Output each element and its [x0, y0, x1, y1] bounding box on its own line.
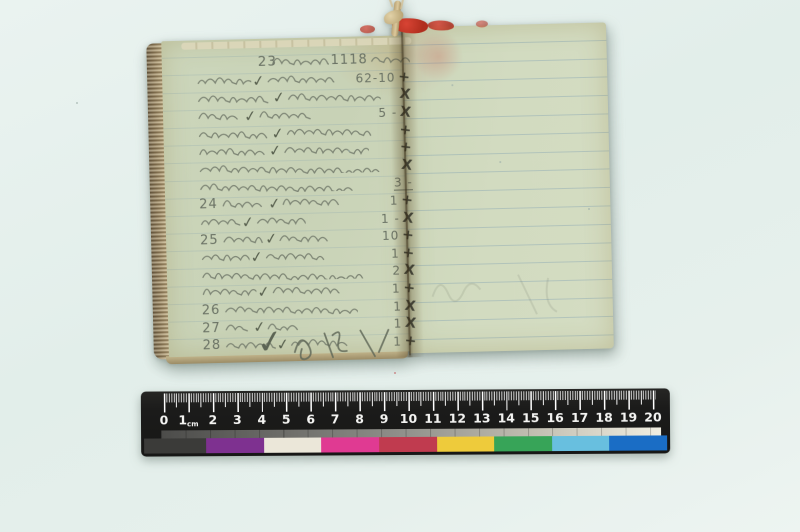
color-patch-7: [552, 436, 610, 451]
ledger-rows: ✓ 62-10 + ✓ X ✓ 5 - X ✓ +: [196, 68, 417, 355]
color-calibration-patches: [144, 435, 667, 453]
ruler-number-5: 5: [282, 412, 291, 427]
ruler-number-2: 2: [208, 412, 217, 427]
ruler-number-1: 1cm: [178, 412, 198, 428]
check-mark: ✓: [243, 106, 258, 125]
scale-ruler: 01cm234567891011121314151617181920: [141, 388, 670, 456]
ruler-number-13: 13: [473, 410, 490, 425]
day-number: 24: [199, 197, 218, 212]
ruler-number-12: 12: [449, 411, 466, 426]
year-number: 1118: [330, 52, 367, 68]
ruler-number-8: 8: [355, 411, 364, 426]
color-patch-5: [437, 436, 495, 451]
ruler-number-9: 9: [380, 411, 389, 426]
handwriting-scrawl: [221, 230, 263, 250]
color-patch-4: [379, 437, 437, 452]
ghost-show-through: [428, 263, 579, 327]
ruler-number-19: 19: [620, 410, 637, 425]
ruler-number-17: 17: [571, 410, 588, 425]
string-fiber: [400, 0, 405, 9]
day-number: 26: [202, 303, 221, 318]
notebook: 23 1118 ✓ 62-10 + ✓ X ✓: [146, 22, 614, 363]
handwriting-scrawl: [281, 192, 339, 212]
check-mark: ✓: [251, 71, 266, 90]
ruler-number-20: 20: [644, 409, 661, 424]
handwriting-scrawl: [270, 51, 328, 71]
paper-speck: [499, 161, 501, 163]
day-number: 28: [203, 338, 222, 353]
day-number: 27: [202, 321, 221, 336]
ruler-number-11: 11: [424, 411, 441, 426]
red-speck: [394, 372, 396, 374]
check-mark: ✓: [270, 123, 285, 142]
ruler-number-10: 10: [400, 411, 417, 426]
ruler-numbers: 01cm234567891011121314151617181920: [164, 409, 656, 428]
check-mark: ✓: [272, 88, 287, 107]
ruler-number-16: 16: [546, 410, 563, 425]
day-number: 25: [200, 233, 219, 248]
handwriting-scrawl: [286, 86, 380, 107]
ruler-number-6: 6: [306, 412, 315, 427]
ruler-number-4: 4: [257, 412, 266, 427]
check-mark: ✓: [249, 247, 264, 266]
ruler-number-18: 18: [595, 410, 612, 425]
ruler-unit-label: cm: [187, 420, 199, 428]
color-patch-6: [494, 436, 552, 451]
left-page: 23 1118 ✓ 62-10 + ✓ X ✓: [161, 35, 410, 357]
dust-speck: [348, 150, 350, 152]
ruler-number-15: 15: [522, 410, 539, 425]
paper-speck: [451, 84, 453, 86]
color-patch-1: [206, 438, 264, 453]
wax-seal: [360, 25, 375, 33]
string-fiber: [387, 0, 394, 8]
ruler-number-7: 7: [331, 411, 340, 426]
wax-seal: [428, 20, 454, 31]
signature-scrawl: ✓: [228, 323, 409, 363]
dust-speck: [76, 102, 78, 104]
ruler-number-14: 14: [498, 410, 515, 425]
check-mark: ✓: [268, 141, 283, 160]
color-patch-8: [609, 435, 667, 450]
check-mark: ✓: [267, 194, 282, 213]
color-patch-3: [321, 437, 379, 452]
check-mark: ✓: [256, 282, 271, 301]
check-mark: ✓: [264, 229, 279, 248]
handwritten-ledger: 23 1118 ✓ 62-10 + ✓ X ✓: [196, 49, 417, 355]
previous-page-edges: [181, 37, 411, 50]
color-patch-2: [264, 438, 322, 453]
check-mark: ✓: [241, 212, 256, 231]
photo-scene: 23 1118 ✓ 62-10 + ✓ X ✓: [0, 0, 800, 532]
color-patch-0: [144, 438, 206, 453]
ruler-number-3: 3: [233, 412, 242, 427]
ruler-number-0: 0: [160, 412, 169, 427]
day-number: 23: [258, 54, 268, 70]
dust-speck: [588, 208, 590, 210]
